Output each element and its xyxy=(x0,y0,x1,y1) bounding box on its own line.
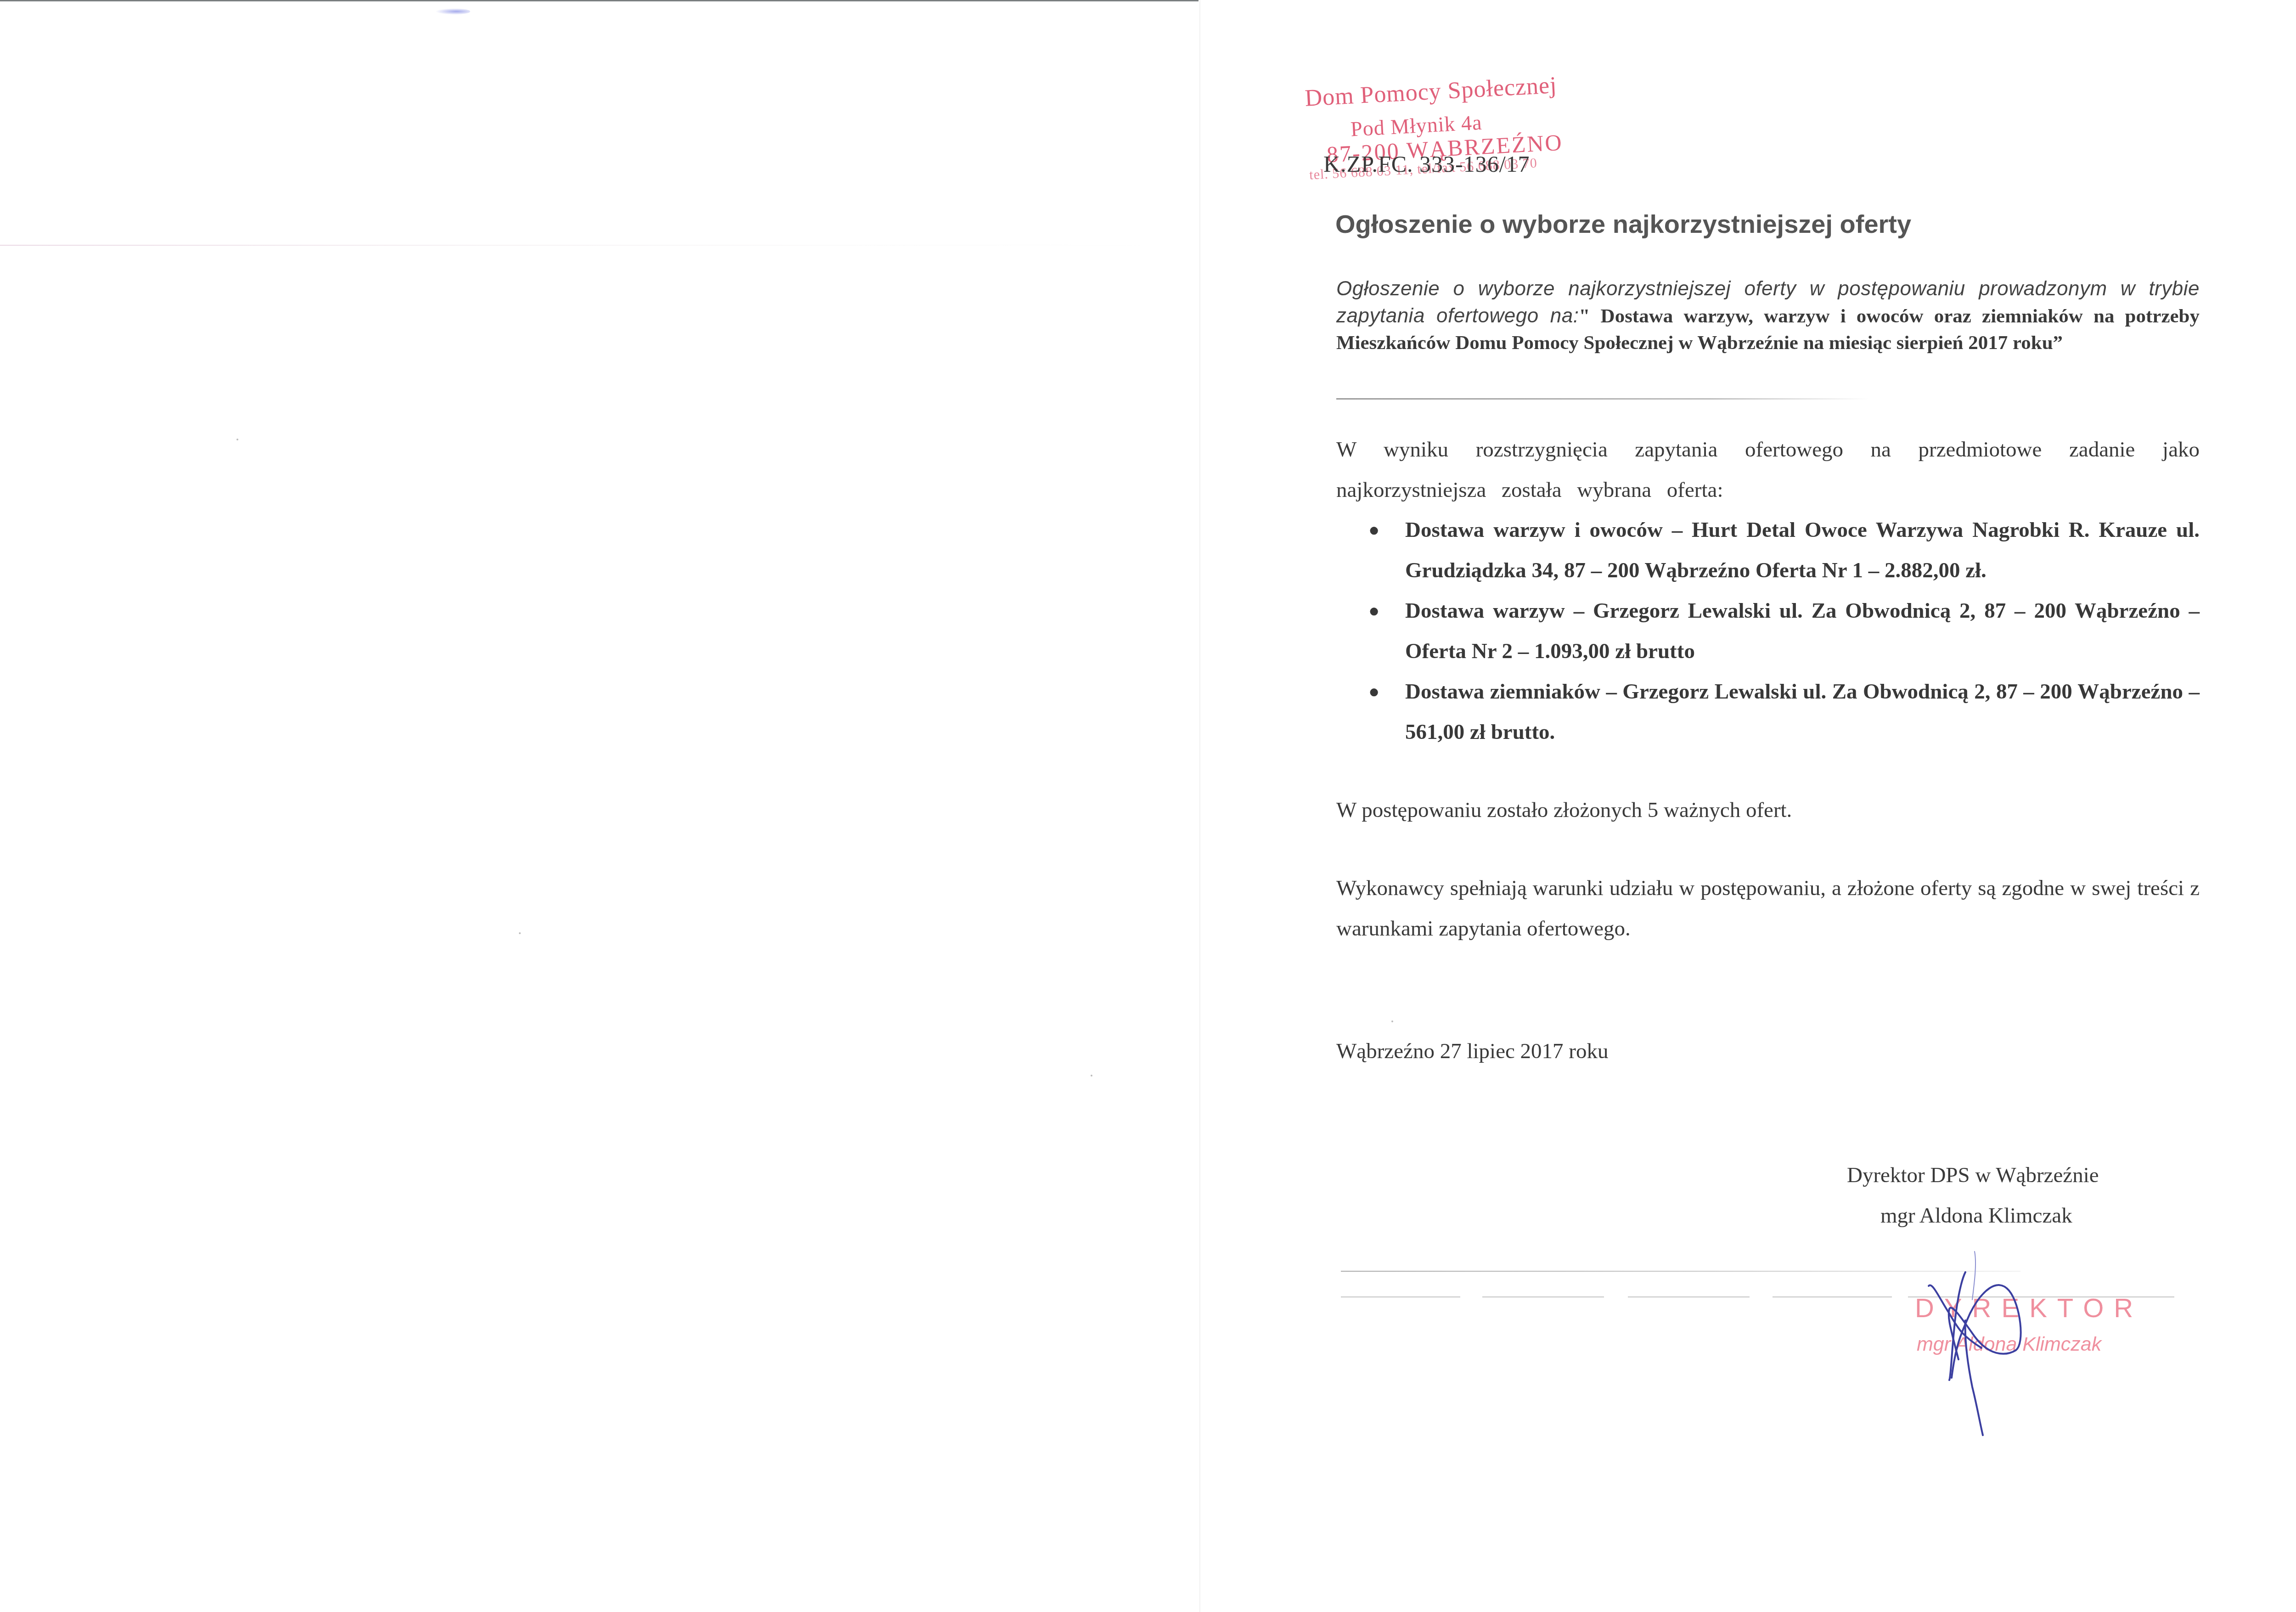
offer-item: ●Dostawa ziemniaków – Grzegorz Lewalski … xyxy=(1364,671,2200,752)
reference-number: K.ZP.FC. 333-136/17 xyxy=(1323,151,1530,177)
offer-item: ●Dostawa warzyw i owoców – Hurt Detal Ow… xyxy=(1364,510,2200,591)
handwritten-signature-icon xyxy=(1883,1240,2204,1447)
dashed-line-segment xyxy=(1482,1296,1604,1297)
signatory-name: mgr Aldona Klimczak xyxy=(1880,1203,2072,1228)
offer-text: Dostawa warzyw i owoców – Hurt Detal Owo… xyxy=(1405,518,2200,582)
stamp-line-1: Dom Pomocy Społecznej xyxy=(1304,72,1558,112)
dashed-line-segment xyxy=(1341,1296,1460,1297)
bullet-icon: ● xyxy=(1368,671,1379,712)
place-date: Wąbrzeźno 27 lipiec 2017 roku xyxy=(1336,1039,1609,1064)
ink-smudge xyxy=(435,8,470,15)
bullet-icon: ● xyxy=(1368,591,1379,631)
offers-list: ●Dostawa warzyw i owoców – Hurt Detal Ow… xyxy=(1364,510,2200,752)
signatory-role: Dyrektor DPS w Wąbrzeźnie xyxy=(1847,1163,2099,1188)
scan-speck xyxy=(1091,1075,1092,1077)
result-paragraph: W wyniku rozstrzygnięcia zapytania ofert… xyxy=(1336,429,2200,510)
scan-speck xyxy=(519,932,521,934)
separator-line xyxy=(1336,398,1869,400)
intro-paragraph: Ogłoszenie o wyborze najkorzystniejszej … xyxy=(1336,276,2200,356)
offer-item: ●Dostawa warzyw – Grzegorz Lewalski ul. … xyxy=(1364,591,2200,671)
conditions-paragraph: Wykonawcy spełniają warunki udziału w po… xyxy=(1336,868,2200,949)
dashed-line-segment xyxy=(1773,1296,1892,1297)
offer-text: Dostawa ziemniaków – Grzegorz Lewalski u… xyxy=(1405,680,2200,744)
scan-top-edge xyxy=(0,0,1199,1)
offer-text: Dostawa warzyw – Grzegorz Lewalski ul. Z… xyxy=(1405,599,2200,663)
document-title: Ogłoszenie o wyborze najkorzystniejszej … xyxy=(1335,209,1911,239)
page-edge xyxy=(1199,0,1200,1612)
scan-speck xyxy=(236,439,238,440)
fold-line xyxy=(0,245,1203,246)
valid-offers-paragraph: W postępowaniu zostało złożonych 5 ważny… xyxy=(1336,790,2200,830)
dashed-line-segment xyxy=(1628,1296,1750,1297)
bullet-icon: ● xyxy=(1368,510,1379,550)
